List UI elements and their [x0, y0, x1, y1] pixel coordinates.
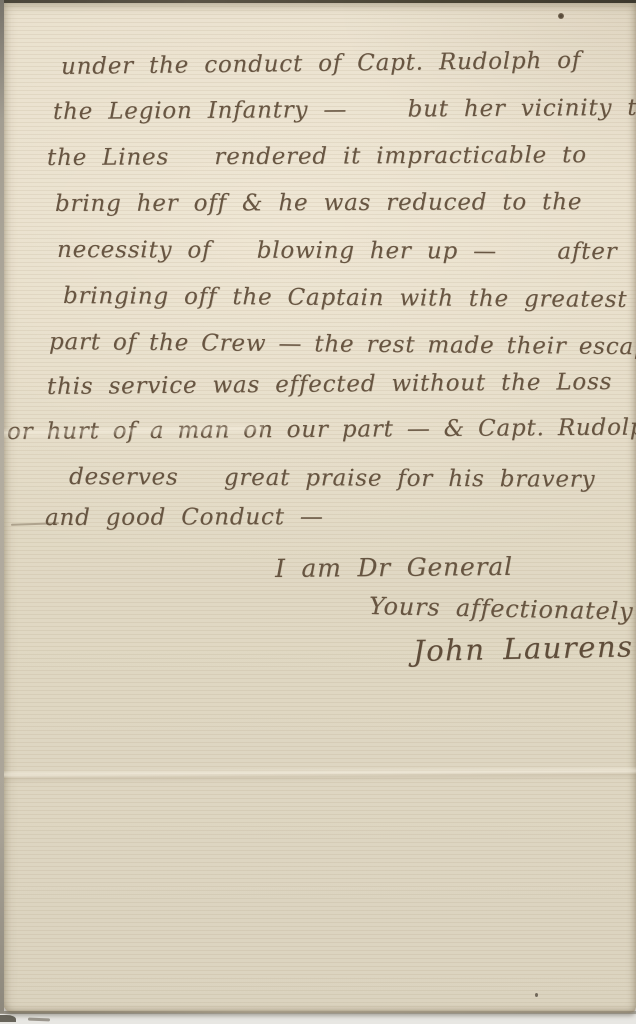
letter-line: part of the Crew — the rest made their e…: [49, 329, 636, 360]
signature: John Laurens.: [413, 629, 636, 668]
letter-line: this service was effected without the Lo…: [47, 369, 612, 400]
ink-speck: [535, 993, 538, 997]
fold-crease: [3, 766, 636, 784]
scan-edge-top: [0, 0, 636, 3]
scan-edge-left: [0, 0, 4, 1013]
corner-mark: [28, 1018, 50, 1022]
closing-line: I am Dr General: [275, 552, 513, 583]
ink-speck: [558, 13, 564, 19]
corner-mark: [0, 1015, 16, 1022]
closing-line: Yours affectionately: [369, 592, 634, 626]
letter-line: necessity of blowing her up — after: [57, 237, 618, 265]
letter-line: bring her off & he was reduced to the: [55, 189, 582, 217]
scanned-letter: under the conduct of Capt. Rudolph of th…: [0, 0, 636, 1024]
letter-page: under the conduct of Capt. Rudolph of th…: [3, 2, 636, 1013]
letter-line: bringing off the Captain with the greate…: [63, 283, 628, 313]
letter-line: the Legion Infantry — but her vicinity t…: [53, 95, 636, 125]
letter-line: the Lines rendered it impracticable to: [47, 142, 587, 171]
paper-edge-shadow: [0, 1011, 636, 1014]
letter-line: deserves great praise for his bravery: [69, 464, 596, 493]
letter-line: under the conduct of Capt. Rudolph of: [61, 48, 581, 80]
letter-line: and good Conduct —: [45, 504, 324, 531]
